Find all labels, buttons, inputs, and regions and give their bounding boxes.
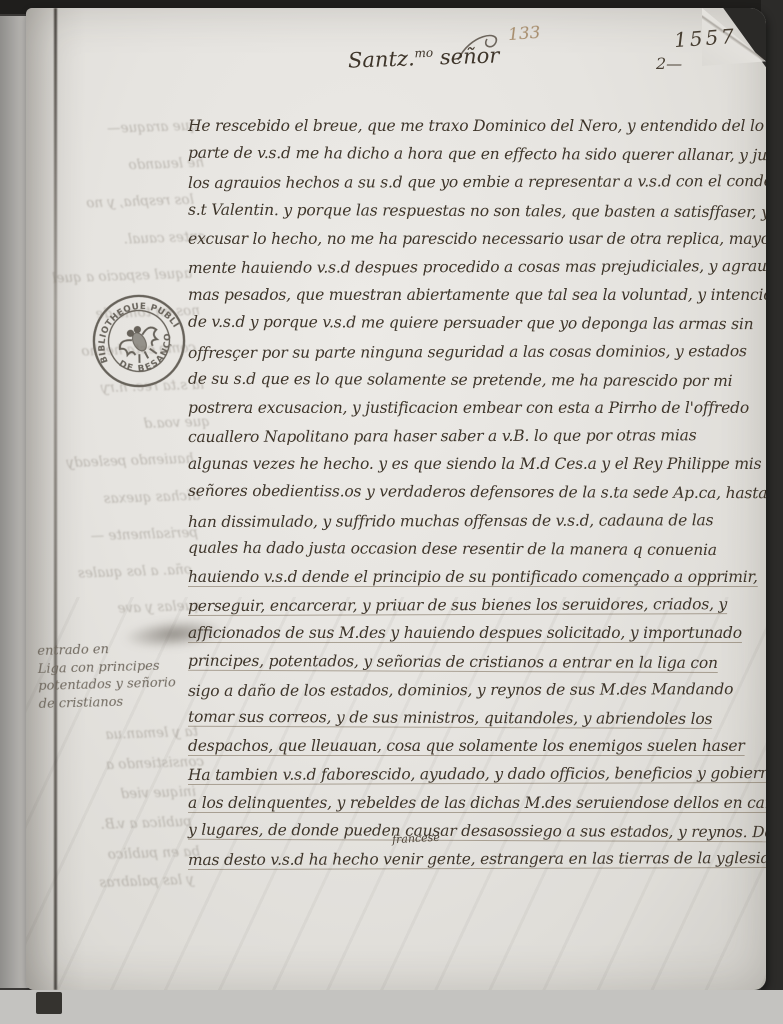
bleedthrough-text: hauiendo pesleady (66, 451, 194, 471)
bleedthrough-text: inique vied (68, 784, 196, 804)
manuscript-line: cauallero Napolitano para haser saber a … (188, 421, 766, 451)
bleedthrough-text: perisalmente — (70, 525, 198, 545)
manuscript-line: principes, potentados, y señorias de cri… (188, 646, 766, 677)
manuscript-line: perseguir, encarcerar, y priuar de sus b… (188, 590, 766, 620)
folio-number: 133 (507, 23, 541, 45)
salutation-main: Sant (348, 47, 398, 73)
manuscript-line: de su s.d que es lo que solamente se pre… (188, 364, 766, 395)
bleedthrough-text: y las palabras (66, 872, 194, 892)
manuscript-line: señores obedientiss.os y verdaderos defe… (188, 477, 766, 508)
manuscript-line: Ha tambien v.s.d faborescido, ayudado, y… (188, 759, 766, 789)
manuscript-line: afficionados de sus M.des y hauiendo des… (188, 619, 766, 647)
salutation-superscript: mo (414, 46, 433, 61)
interlinear-insertion: francese (392, 831, 440, 846)
bleedthrough-text: ta y leman.ua (70, 724, 198, 744)
bleedthrough-text: oña. a los quales (64, 562, 192, 582)
binding-crease (54, 8, 57, 990)
secondary-mark: 2— (656, 54, 682, 73)
manuscript-page: 133 1557 2— Santz.mo señor BIBLIOTHEQUE … (26, 8, 766, 990)
marginal-note-line: de cristianos (38, 692, 188, 713)
backdrop-notch (36, 992, 62, 1014)
manuscript-line: y lugares, de donde pueden causar desaso… (188, 815, 766, 846)
bleedthrough-text: he leuando (76, 155, 204, 175)
manuscript-line: mas pesados, que muestran abiertamente q… (188, 281, 766, 309)
manuscript-line: excusar lo hecho, no me ha parescido nec… (188, 225, 766, 253)
manuscript-line: s.t Valentin. y porque las respuestas no… (188, 195, 766, 226)
manuscript-line: sigo a daño de los estados, dominios, y … (188, 675, 766, 705)
manuscript-line: postrera excusacion, y justificacion emb… (188, 394, 766, 422)
manuscript-line: despachos, que lleuauan, cosa que solame… (188, 732, 766, 760)
bleedthrough-text: antes caual. (78, 229, 206, 249)
manuscript-line: He rescebido el breue, que me traxo Domi… (188, 112, 766, 140)
bleedthrough-text: que araque— (70, 118, 198, 138)
bleedthrough-text: publica a v.B. (64, 814, 192, 834)
letter-body: He rescebido el breue, que me traxo Domi… (188, 112, 766, 873)
manuscript-line: quales ha dado justa occasion dese resen… (188, 534, 766, 565)
year-annotation: 1557 (673, 24, 737, 52)
manuscript-line: de v.s.d y porque v.s.d me quiere persua… (188, 308, 766, 339)
bleedthrough-text: quelas y ave (74, 598, 202, 618)
bleedthrough-text: dichas quexas (72, 488, 200, 508)
manuscript-line: mente hauiendo v.s.d despues procedido a… (188, 252, 766, 282)
manuscript-line: tomar sus correos, y de sus ministros, q… (188, 703, 766, 734)
bleedthrough-text: aquel espacio a quel (64, 266, 192, 286)
manuscript-line: mas desto v.s.d ha hecho venir gente, es… (188, 844, 766, 874)
manuscript-line: parte de v.s.d me ha dicho a hora que en… (188, 139, 766, 170)
marginal-note: entrado en Liga con principes potentados… (37, 639, 189, 713)
bleedthrough-text: la s.ta rec. n.ry (76, 377, 204, 397)
bleedthrough-text: los respha, y no (66, 192, 194, 212)
manuscript-line: hauiendo v.s.d dende el principio de su … (188, 563, 766, 591)
photo-backdrop-bottom (0, 990, 783, 1024)
manuscript-line: algunas vezes he hecho. y es que siendo … (188, 450, 766, 478)
pen-flourish (454, 30, 512, 64)
bleedthrough-text: consistiendo a (76, 754, 204, 774)
manuscript-line: han dissimulado, y suffrido muchas offen… (188, 506, 766, 536)
manuscript-line: los agrauios hechos a su s.d que yo embi… (188, 167, 766, 197)
salutation-abbrev: z. (396, 46, 415, 71)
bleedthrough-text: ba en publico (72, 844, 200, 864)
manuscript-line: offresçer por su parte ninguna seguridad… (188, 336, 766, 366)
manuscript-line: a los delinquentes, y rebeldes de las di… (188, 789, 766, 817)
